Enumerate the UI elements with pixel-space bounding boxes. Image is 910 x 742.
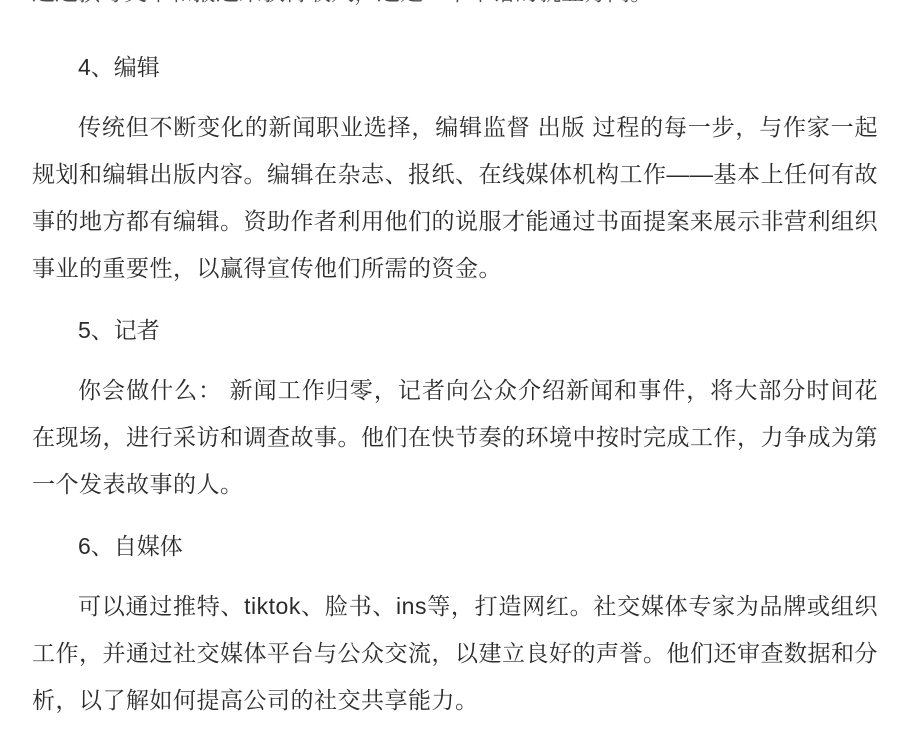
section-heading-self-media: 6、自媒体 <box>32 523 878 570</box>
section-paragraph-journalist: 你会做什么： 新闻工作归零，记者向公众介绍新闻和事件，将大部分时间花在现场，进行… <box>32 367 878 508</box>
clipped-previous-line: 通过撰写文章和报道来获得收入，这是一个不错的就业方向。 <box>32 0 878 8</box>
section-paragraph-self-media: 可以通过推特、tiktok、脸书、ins等，打造网红。社交媒体专家为品牌或组织工… <box>32 583 878 724</box>
clipped-previous-line-text: 通过撰写文章和报道来获得收入，这是一个不错的就业方向。 <box>32 0 878 8</box>
section-heading-journalist: 5、记者 <box>32 307 878 354</box>
section-heading-editor: 4、编辑 <box>32 44 878 91</box>
article-page: 通过撰写文章和报道来获得收入，这是一个不错的就业方向。 4、编辑 传统但不断变化… <box>0 0 910 742</box>
section-paragraph-editor: 传统但不断变化的新闻职业选择，编辑监督 出版 过程的每一步，与作家一起规划和编辑… <box>32 104 878 292</box>
